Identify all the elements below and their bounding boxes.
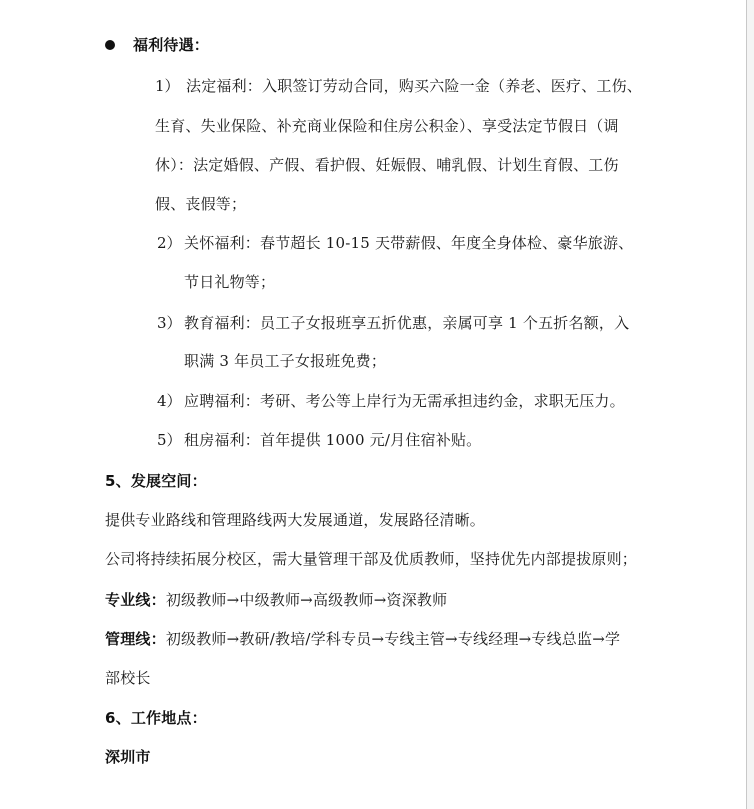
location-heading: 6、工作地点： [105, 708, 207, 728]
development-paragraph: 提供专业路线和管理路线两大发展通道，发展路径清晰。 [105, 510, 485, 530]
management-track-continuation: 部校长 [105, 668, 151, 688]
professional-track-path: 初级教师→中级教师→高级教师→资深教师 [166, 591, 448, 609]
list-item-text: 应聘福利：考研、考公等上岸行为无需承担违约金，求职无压力。 [184, 391, 625, 411]
professional-track: 专业线：初级教师→中级教师→高级教师→资深教师 [105, 590, 447, 610]
location-city: 深圳市 [105, 747, 151, 767]
professional-track-label: 专业线： [105, 591, 166, 609]
management-track-label: 管理线： [105, 630, 166, 648]
development-heading: 5、发展空间： [105, 471, 207, 491]
list-item-text: 生育、失业保险、补充商业保险和住房公积金）、享受法定节假日（调 [155, 116, 619, 136]
benefits-heading: 福利待遇： [133, 35, 209, 55]
list-number: 3） [157, 313, 182, 333]
document-page: 福利待遇： 1） 法定福利：入职签订劳动合同，购买六险一金（养老、医疗、工伤、 … [0, 0, 746, 809]
list-item-text: 职满 3 年员工子女报班免费； [184, 351, 386, 371]
list-item-text: 假、丧假等； [155, 194, 246, 214]
management-track: 管理线：初级教师→教研/教培/学科专员→专线主管→专线经理→专线总监→学 [105, 629, 620, 649]
list-item-text: 教育福利：员工子女报班享五折优惠，亲属可享 1 个五折名额，入 [184, 313, 629, 333]
bullet-icon [105, 40, 115, 50]
list-number: 4） [157, 391, 182, 411]
page-gutter [747, 0, 754, 809]
list-number: 2） [157, 233, 182, 253]
management-track-path: 初级教师→教研/教培/学科专员→专线主管→专线经理→专线总监→学 [166, 630, 620, 648]
development-paragraph: 公司将持续拓展分校区，需大量管理干部及优质教师，坚持优先内部提拔原则； [105, 549, 637, 569]
list-item-text: 节日礼物等； [184, 272, 275, 292]
list-item-text: 租房福利：首年提供 1000 元/月住宿补贴。 [184, 430, 481, 450]
list-item-text: 休）：法定婚假、产假、看护假、妊娠假、哺乳假、计划生育假、工伤 [155, 155, 619, 175]
list-item-text: 关怀福利：春节超长 10-15 天带薪假、年度全身体检、豪华旅游、 [184, 233, 633, 253]
list-number: 5） [157, 430, 182, 450]
list-number: 1） [155, 76, 180, 96]
list-item-text: 法定福利：入职签订劳动合同，购买六险一金（养老、医疗、工伤、 [186, 76, 642, 96]
